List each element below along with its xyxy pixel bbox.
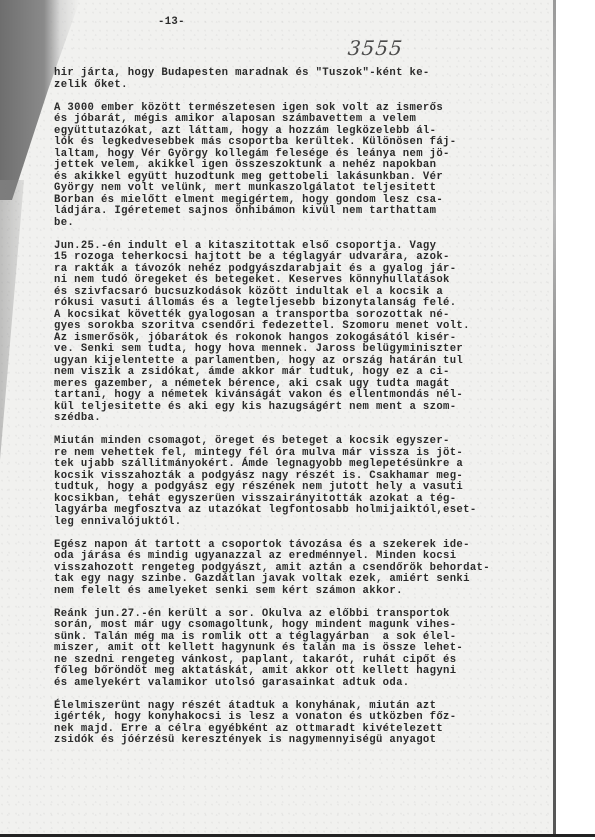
text-line: és jóbarát, mégis amikor alaposan számba… (54, 114, 490, 126)
page-number: -13- (158, 17, 185, 29)
paragraph: Egész napon át tartott a csoportok távoz… (54, 540, 490, 598)
text-line: tek ujabb szállitmányokért. Ámde legnagy… (54, 459, 490, 471)
text-line: ni nem tudó öregeket és betegeket. Keser… (54, 275, 490, 287)
text-line: zelik őket. (54, 80, 490, 92)
text-line: Miután minden csomagot, öreget és betege… (54, 436, 490, 448)
text-line: tak egy nagy szinbe. Gazdátlan javak vol… (54, 574, 490, 586)
text-line: és amelyekért valamikor utolsó garasaink… (54, 678, 490, 690)
text-line: során, most már ugy csomagoltunk, hogy m… (54, 620, 490, 632)
text-line: főleg bőröndöt meg aktatáskát, amit akko… (54, 666, 490, 678)
text-line: lók és legkedvesebbek más csoportba kerü… (54, 137, 490, 149)
text-line: zsidók és jóérzésü keresztények is nagym… (54, 735, 490, 747)
text-line: tudtuk, hogy a podgyász egy részének nem… (54, 482, 490, 494)
text-line: ládjára. Igéretemet sajnos önhibámon kiv… (54, 206, 490, 218)
text-line: nem felelt és amelyeket senki sem kért s… (54, 586, 490, 598)
handwritten-annotation: 3555 (347, 36, 404, 60)
text-line: leg ennivalójuktól. (54, 517, 490, 529)
text-line: oda járása és mindig ugyanazzal az eredm… (54, 551, 490, 563)
paragraph: Jun.25.-én indult el a kitaszitottak els… (54, 241, 490, 425)
text-line: lagyárba megfosztva az utazókat legfonto… (54, 505, 490, 517)
text-line: kül teljesitette és aki egy kis hazugság… (54, 402, 490, 414)
paragraph: Miután minden csomagot, öreget és betege… (54, 436, 490, 528)
text-line: 15 rozoga teherkocsi hajtott be a téglag… (54, 252, 490, 264)
paragraph: Reánk jun.27.-én került a sor. Okulva az… (54, 609, 490, 690)
text-line: gyes sorokba szoritva csendőri fedezette… (54, 321, 490, 333)
page-bottom-edge (0, 834, 595, 837)
text-line: szédba. (54, 413, 490, 425)
text-line: miszer, amit ott kellett hagynunk és tal… (54, 643, 490, 655)
page-right-edge (553, 0, 556, 834)
text-line: ve. Senki sem tudta, hogy hova mennek. J… (54, 344, 490, 356)
text-line: jettek velem, akikkel igen összeszoktunk… (54, 160, 490, 172)
text-line: rókusi vasuti állomás és a legteljesebb … (54, 298, 490, 310)
paragraph: A 3000 ember között természetesen igen s… (54, 103, 490, 230)
text-line: be. (54, 218, 490, 230)
text-line: nem viszik a zsidókat, ámde akkor már tu… (54, 367, 490, 379)
text-line: tartani, hogy a németek kivánságát vakon… (54, 390, 490, 402)
text-line: György nem volt velünk, mert munkaszolgá… (54, 183, 490, 195)
text-line: hir járta, hogy Budapesten maradnak és "… (54, 68, 490, 80)
paragraph: hir járta, hogy Budapesten maradnak és "… (54, 68, 490, 91)
paragraph: Élelmiszerünt nagy részét átadtuk a kony… (54, 701, 490, 747)
scanned-page: -13- 3555 hir járta, hogy Budapesten mar… (0, 0, 595, 840)
body-text: hir járta, hogy Budapesten maradnak és "… (54, 68, 490, 758)
text-line: igérték, hogy konyhakocsi is lesz a vona… (54, 712, 490, 724)
